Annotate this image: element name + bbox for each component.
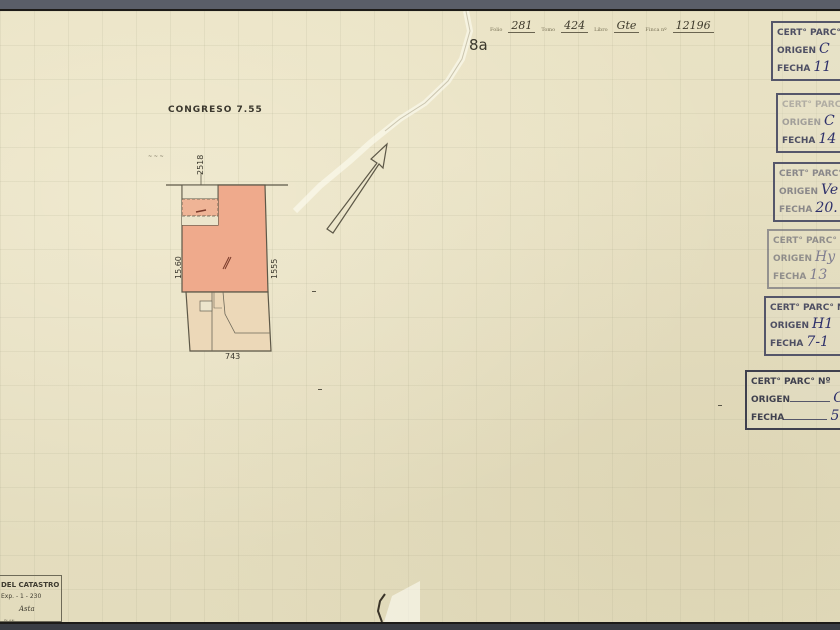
north-arrow-icon [0, 11, 840, 622]
cert-stamp-5: CERT° PARC° Nº ORIGENH1 FECHA7-1 [764, 296, 840, 356]
scan-mark [318, 389, 322, 390]
cert-stamp-6: CERT° PARC° Nº ORIGENCh FECHA5-9 [745, 370, 840, 430]
viewer-top-bar [0, 0, 840, 9]
catastro-box: DEL CATASTRO Exp. - 1 - 230 Asta [0, 575, 62, 622]
cert-stamp-3: CERT° PARC° Nº ORIGENVe FECHA20. [773, 162, 840, 222]
viewer-bottom-bar [0, 622, 840, 630]
scan-mark [312, 291, 316, 292]
cert-stamp-1: CERT° PARC° Nº ORIGENC FECHA11 [771, 21, 840, 81]
cert-stamp-4: CERT° PARC° Nº ORIGENHy FECHA13 [767, 229, 840, 289]
cert-stamp-2: CERT° PARC° Nº ORIGENC FECHA14 [776, 93, 840, 153]
scan-mark [718, 405, 722, 406]
document-page: Folio 281 Tomo 424 Libro Gte Finca nº 12… [0, 11, 840, 622]
